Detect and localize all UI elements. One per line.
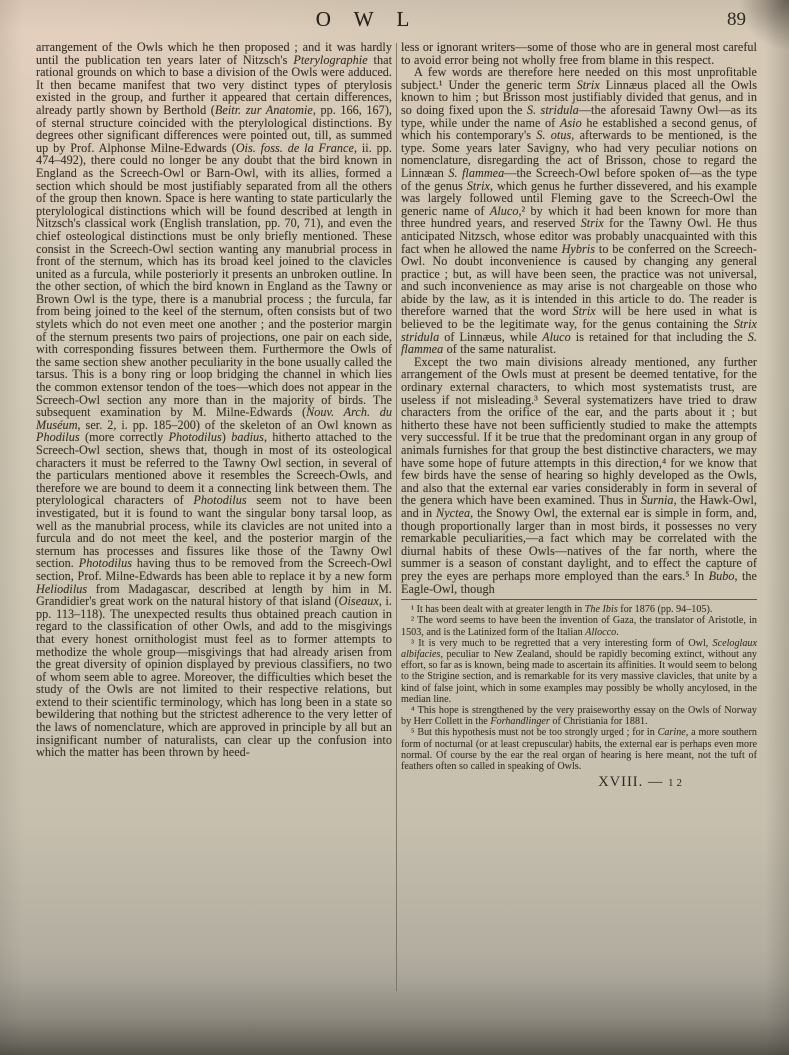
signature-sheet-number: 12 (668, 777, 685, 789)
paragraph-nomenclature: A few words are therefore here needed on… (401, 66, 757, 356)
left-column: arrangement of the Owls which he then pr… (36, 41, 392, 759)
column-divider-rule (396, 43, 397, 991)
text-columns: arrangement of the Owls which he then pr… (36, 41, 758, 991)
paragraph-divisions: Except the two main divisions already me… (401, 356, 757, 595)
signature-volume: XVIII. — (598, 774, 663, 790)
book-page-scan: O W L 89 arrangement of the Owls which h… (0, 0, 789, 1055)
footnote-separator-rule (401, 599, 757, 600)
volume-signature-mark: XVIII. — 12 (401, 774, 757, 791)
page-header: O W L 89 (36, 7, 758, 37)
footnote: ² The word seems to have been the invent… (401, 615, 757, 637)
paragraph-continuation: less or ignorant writers—some of those w… (401, 41, 757, 66)
left-column-text: arrangement of the Owls which he then pr… (36, 41, 392, 759)
footnote: ¹ It has been dealt with at greater leng… (401, 604, 757, 615)
scan-bottom-shadow (0, 980, 789, 1055)
running-head-title: O W L (36, 7, 698, 32)
right-column-text: less or ignorant writers—some of those w… (401, 41, 757, 595)
footnote: ⁵ But this hypothesis must not be too st… (401, 727, 757, 772)
footnote: ⁴ This hope is strengthened by the very … (401, 705, 757, 727)
footnotes-block: ¹ It has been dealt with at greater leng… (401, 604, 757, 772)
page-number: 89 (727, 9, 746, 31)
footnote: ³ It is very much to be regretted that a… (401, 638, 757, 705)
right-column: less or ignorant writers—some of those w… (401, 41, 757, 791)
